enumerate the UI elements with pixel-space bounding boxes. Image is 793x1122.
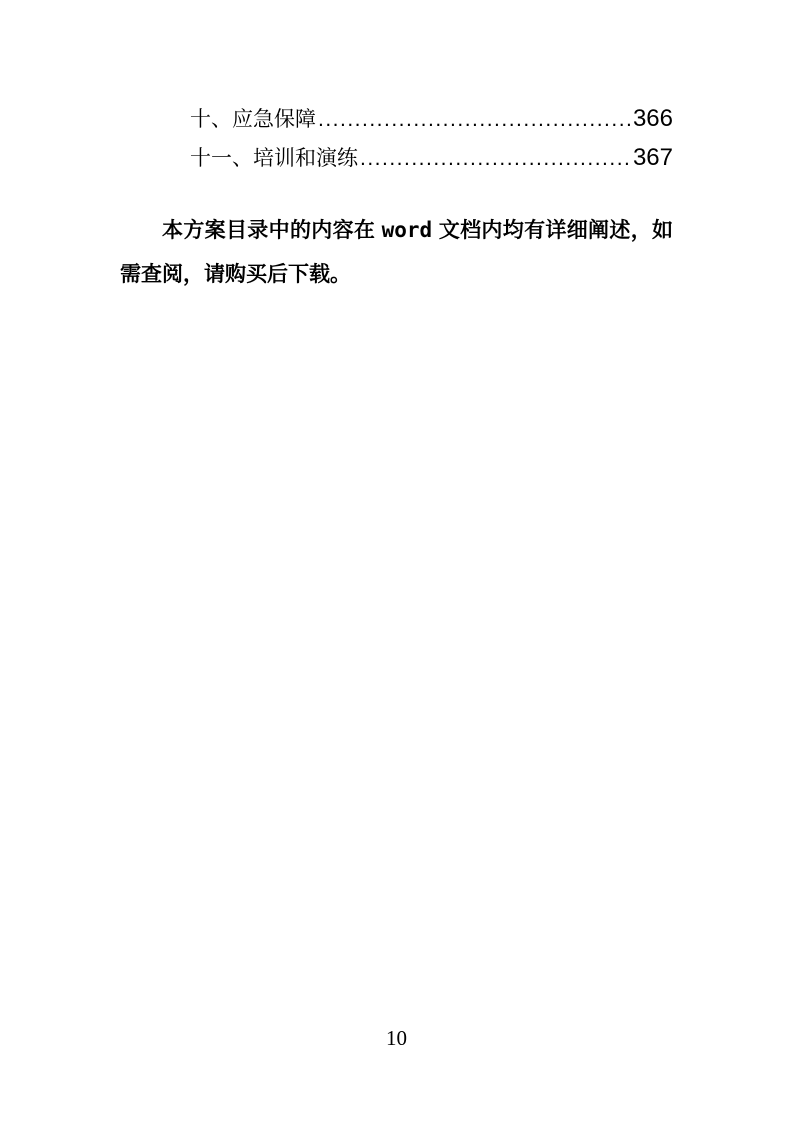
notice-text-before: 本方案目录中的内容在 <box>162 218 375 242</box>
purchase-notice-paragraph: 本方案目录中的内容在word文档内均有详细阐述，如需查阅，请购买后下载。 <box>120 208 673 296</box>
notice-latin-word: word <box>382 218 433 242</box>
toc-dot-leader <box>360 140 631 178</box>
toc-dot-leader <box>318 101 631 139</box>
table-of-contents: 十、应急保障 366 十一、培训和演练 367 <box>120 100 673 178</box>
page-content: 十、应急保障 366 十一、培训和演练 367 本方案目录中的内容在word文档… <box>120 100 673 296</box>
toc-entry[interactable]: 十、应急保障 366 <box>120 100 673 139</box>
page-number: 10 <box>386 1026 407 1050</box>
toc-entry-title[interactable]: 十、应急保障 <box>190 100 316 138</box>
document-page: 十、应急保障 366 十一、培训和演练 367 本方案目录中的内容在word文档… <box>0 0 793 1122</box>
toc-page-number: 366 <box>633 100 673 138</box>
toc-entry[interactable]: 十一、培训和演练 367 <box>120 139 673 178</box>
page-footer: 10 <box>0 1026 793 1051</box>
toc-page-number: 367 <box>633 139 673 177</box>
toc-entry-title[interactable]: 十一、培训和演练 <box>190 139 358 177</box>
